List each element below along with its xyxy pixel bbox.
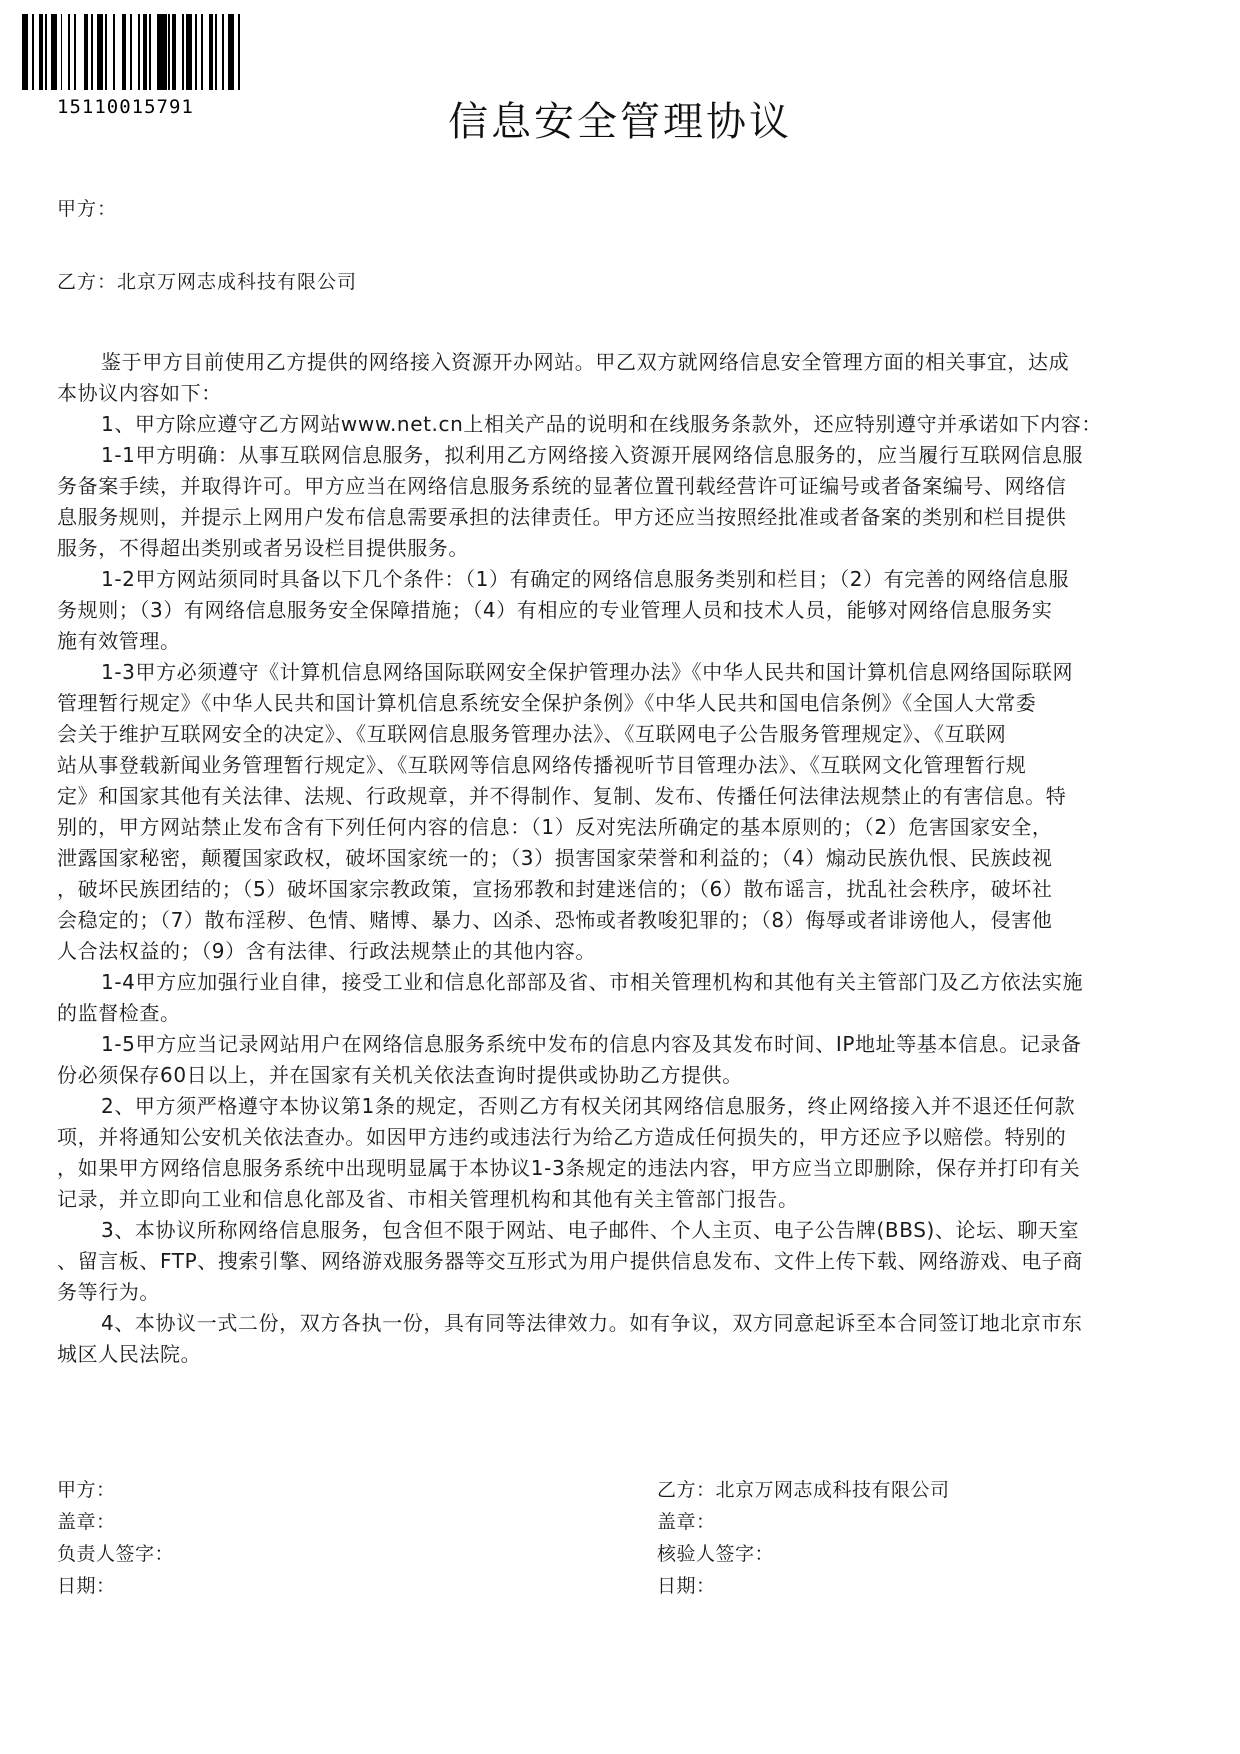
body-line: 的监督检查。 — [57, 998, 1197, 1029]
body-line: 2、甲方须严格遵守本协议第1条的规定，否则乙方有权关闭其网络信息服务，终止网络接… — [57, 1091, 1197, 1122]
body-line: 泄露国家秘密，颠覆国家政权，破坏国家统一的；（3）损害国家荣誉和利益的；（4）煽… — [57, 843, 1197, 874]
body-line: 别的，甲方网站禁止发布含有下列任何内容的信息：（1）反对宪法所确定的基本原则的；… — [57, 812, 1197, 843]
barcode — [22, 14, 248, 90]
party-b-seal-label: 盖章： — [657, 1506, 950, 1538]
party-a-date-label: 日期： — [57, 1570, 174, 1602]
body-line: 、留言板、FTP、搜索引擎、网络游戏服务器等交互形式为用户提供信息发布、文件上传… — [57, 1246, 1197, 1277]
body-line: 4、本协议一式二份，双方各执一份，具有同等法律效力。如有争议，双方同意起诉至本合… — [57, 1308, 1197, 1339]
signature-block-party-b: 乙方：北京万网志成科技有限公司 盖章： 核验人签字： 日期： — [657, 1474, 950, 1602]
body-line: 务备案手续，并取得许可。甲方应当在网络信息服务系统的显著位置刊载经营许可证编号或… — [57, 471, 1197, 502]
body-line: 务规则；（3）有网络信息服务安全保障措施；（4）有相应的专业管理人员和技术人员，… — [57, 595, 1197, 626]
party-a-seal-label: 盖章： — [57, 1506, 174, 1538]
barcode-bar — [157, 14, 167, 90]
body-line: 记录，并立即向工业和信息化部及省、市相关管理机构和其他有关主管部门报告。 — [57, 1184, 1197, 1215]
body-line: 会关于维护互联网安全的决定》、《互联网信息服务管理办法》、《互联网电子公告服务管… — [57, 719, 1197, 750]
document-title: 信息安全管理协议 — [0, 90, 1240, 147]
body-line: 1-5甲方应当记录网站用户在网络信息服务系统中发布的信息内容及其发布时间、IP地… — [57, 1029, 1197, 1060]
body-line: ，破坏民族团结的；（5）破坏国家宗教政策，宣扬邪教和封建迷信的；（6）散布谣言，… — [57, 874, 1197, 905]
agreement-body: 鉴于甲方目前使用乙方提供的网络接入资源开办网站。甲乙双方就网络信息安全管理方面的… — [57, 347, 1197, 1370]
party-b-label: 乙方：北京万网志成科技有限公司 — [57, 267, 357, 294]
body-line: 1、甲方除应遵守乙方网站www.net.cn上相关产品的说明和在线服务条款外，还… — [57, 409, 1197, 440]
body-line: 1-2甲方网站须同时具备以下几个条件：（1）有确定的网络信息服务类别和栏目；（2… — [57, 564, 1197, 595]
signature-block-party-a: 甲方： 盖章： 负责人签字： 日期： — [57, 1474, 174, 1602]
barcode-space — [115, 14, 123, 90]
body-line: 管理暂行规定》《中华人民共和国计算机信息系统安全保护条例》《中华人民共和国电信条… — [57, 688, 1197, 719]
party-a-label: 甲方： — [57, 194, 117, 221]
body-line: 项，并将通知公安机关依法查办。如因甲方违约或违法行为给乙方造成任何损失的，甲方还… — [57, 1122, 1197, 1153]
body-line: 会稳定的；（7）散布淫秽、色情、赌博、暴力、凶杀、恐怖或者教唆犯罪的；（8）侮辱… — [57, 905, 1197, 936]
body-line: 1-1甲方明确：从事互联网信息服务，拟利用乙方网络接入资源开展网络信息服务的，应… — [57, 440, 1197, 471]
body-line: 3、本协议所称网络信息服务，包含但不限于网站、电子邮件、个人主页、电子公告牌(B… — [57, 1215, 1197, 1246]
body-line: 施有效管理。 — [57, 626, 1197, 657]
barcode-space — [76, 14, 84, 90]
body-line: 1-3甲方必须遵守《计算机信息网络国际联网安全保护管理办法》《中华人民共和国计算… — [57, 657, 1197, 688]
body-line: 本协议内容如下： — [57, 378, 1197, 409]
body-line: 鉴于甲方目前使用乙方提供的网络接入资源开办网站。甲乙双方就网络信息安全管理方面的… — [57, 347, 1197, 378]
party-a-signature-label: 甲方： — [57, 1474, 174, 1506]
barcode-space — [240, 14, 248, 90]
body-line: 份必须保存60日以上，并在国家有关机关依法查询时提供或协助乙方提供。 — [57, 1060, 1197, 1091]
party-b-date-label: 日期： — [657, 1570, 950, 1602]
body-line: 务等行为。 — [57, 1277, 1197, 1308]
party-b-signature-label: 乙方：北京万网志成科技有限公司 — [657, 1474, 950, 1506]
body-line: 1-4甲方应加强行业自律，接受工业和信息化部部及省、市相关管理机构和其他有关主管… — [57, 967, 1197, 998]
body-line: 人合法权益的；（9）含有法律、行政法规禁止的其他内容。 — [57, 936, 1197, 967]
body-line: 站从事登载新闻业务管理暂行规定》、《互联网等信息网络传播视听节目管理办法》、《互… — [57, 750, 1197, 781]
body-line: ，如果甲方网络信息服务系统中出现明显属于本协议1-3条规定的违法内容，甲方应当立… — [57, 1153, 1197, 1184]
body-line: 服务，不得超出类别或者另设栏目提供服务。 — [57, 533, 1197, 564]
party-b-signer-label: 核验人签字： — [657, 1538, 950, 1570]
body-line: 城区人民法院。 — [57, 1339, 1197, 1370]
body-line: 息服务规则，并提示上网用户发布信息需要承担的法律责任。甲方还应当按照经批准或者备… — [57, 502, 1197, 533]
body-line: 定》和国家其他有关法律、法规、行政规章，并不得制作、复制、发布、传播任何法律法规… — [57, 781, 1197, 812]
party-a-signer-label: 负责人签字： — [57, 1538, 174, 1570]
